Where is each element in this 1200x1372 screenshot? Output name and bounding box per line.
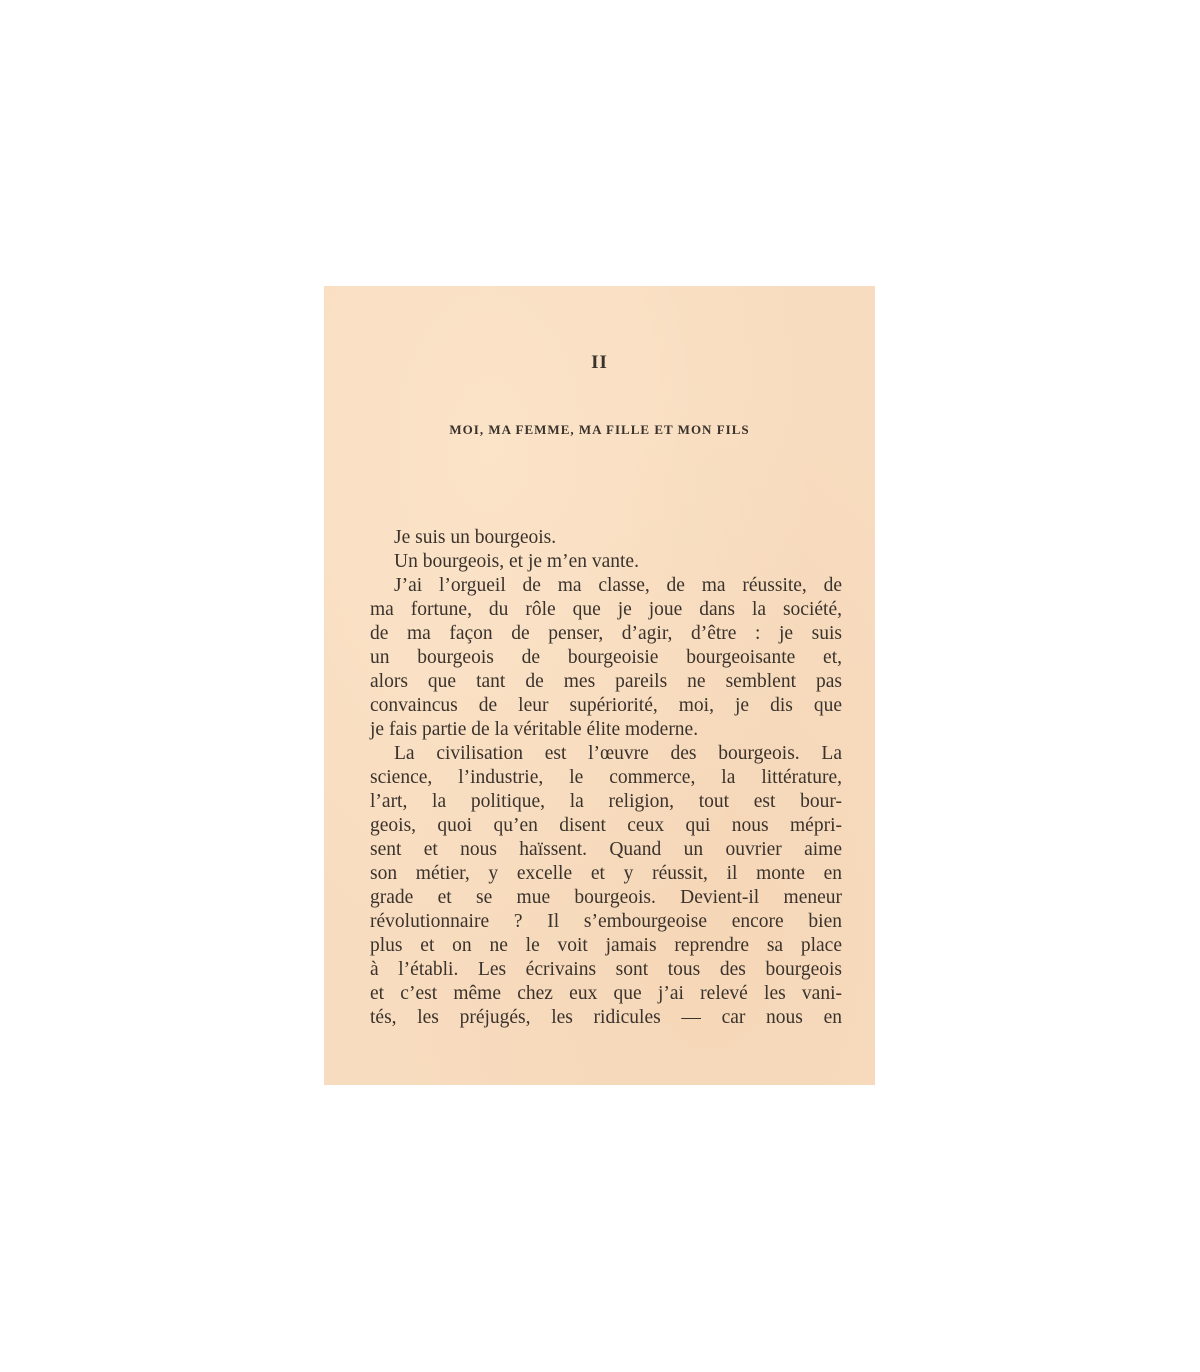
text-line: alors que tant de mes pareils ne semblen… — [370, 670, 842, 694]
text-line: La civilisation est l’œuvre des bourgeoi… — [370, 742, 842, 766]
chapter-number: II — [324, 352, 875, 374]
text-line: révolutionnaire ? Il s’embourgeoise enco… — [370, 910, 842, 934]
text-line: ma fortune, du rôle que je joue dans la … — [370, 598, 842, 622]
text-line: de ma façon de penser, d’agir, d’être : … — [370, 622, 842, 646]
text-line: geois, quoi qu’en disent ceux qui nous m… — [370, 814, 842, 838]
text-line: grade et se mue bourgeois. Devient-il me… — [370, 886, 842, 910]
text-line: convaincus de leur supériorité, moi, je … — [370, 694, 842, 718]
text-line: à l’établi. Les écrivains sont tous des … — [370, 958, 842, 982]
text-line: plus et on ne le voit jamais reprendre s… — [370, 934, 842, 958]
text-line: l’art, la politique, la religion, tout e… — [370, 790, 842, 814]
text-line: tés, les préjugés, les ridicules — car n… — [370, 1006, 842, 1030]
text-line: Je suis un bourgeois. — [370, 526, 842, 550]
text-line: je fais partie de la véritable élite mod… — [370, 718, 842, 742]
text-line: sent et nous haïssent. Quand un ouvrier … — [370, 838, 842, 862]
chapter-title: MOI, MA FEMME, MA FILLE ET MON FILS — [324, 422, 875, 438]
text-line: science, l’industrie, le commerce, la li… — [370, 766, 842, 790]
text-line: un bourgeois de bourgeoisie bourgeoisant… — [370, 646, 842, 670]
text-line: J’ai l’orgueil de ma classe, de ma réuss… — [370, 574, 842, 598]
text-line: et c’est même chez eux que j’ai relevé l… — [370, 982, 842, 1006]
text-line: son métier, y excelle et y réussit, il m… — [370, 862, 842, 886]
text-line: Un bourgeois, et je m’en vante. — [370, 550, 842, 574]
book-page: II MOI, MA FEMME, MA FILLE ET MON FILS J… — [324, 286, 875, 1085]
body-text: Je suis un bourgeois. Un bourgeois, et j… — [370, 526, 842, 1030]
